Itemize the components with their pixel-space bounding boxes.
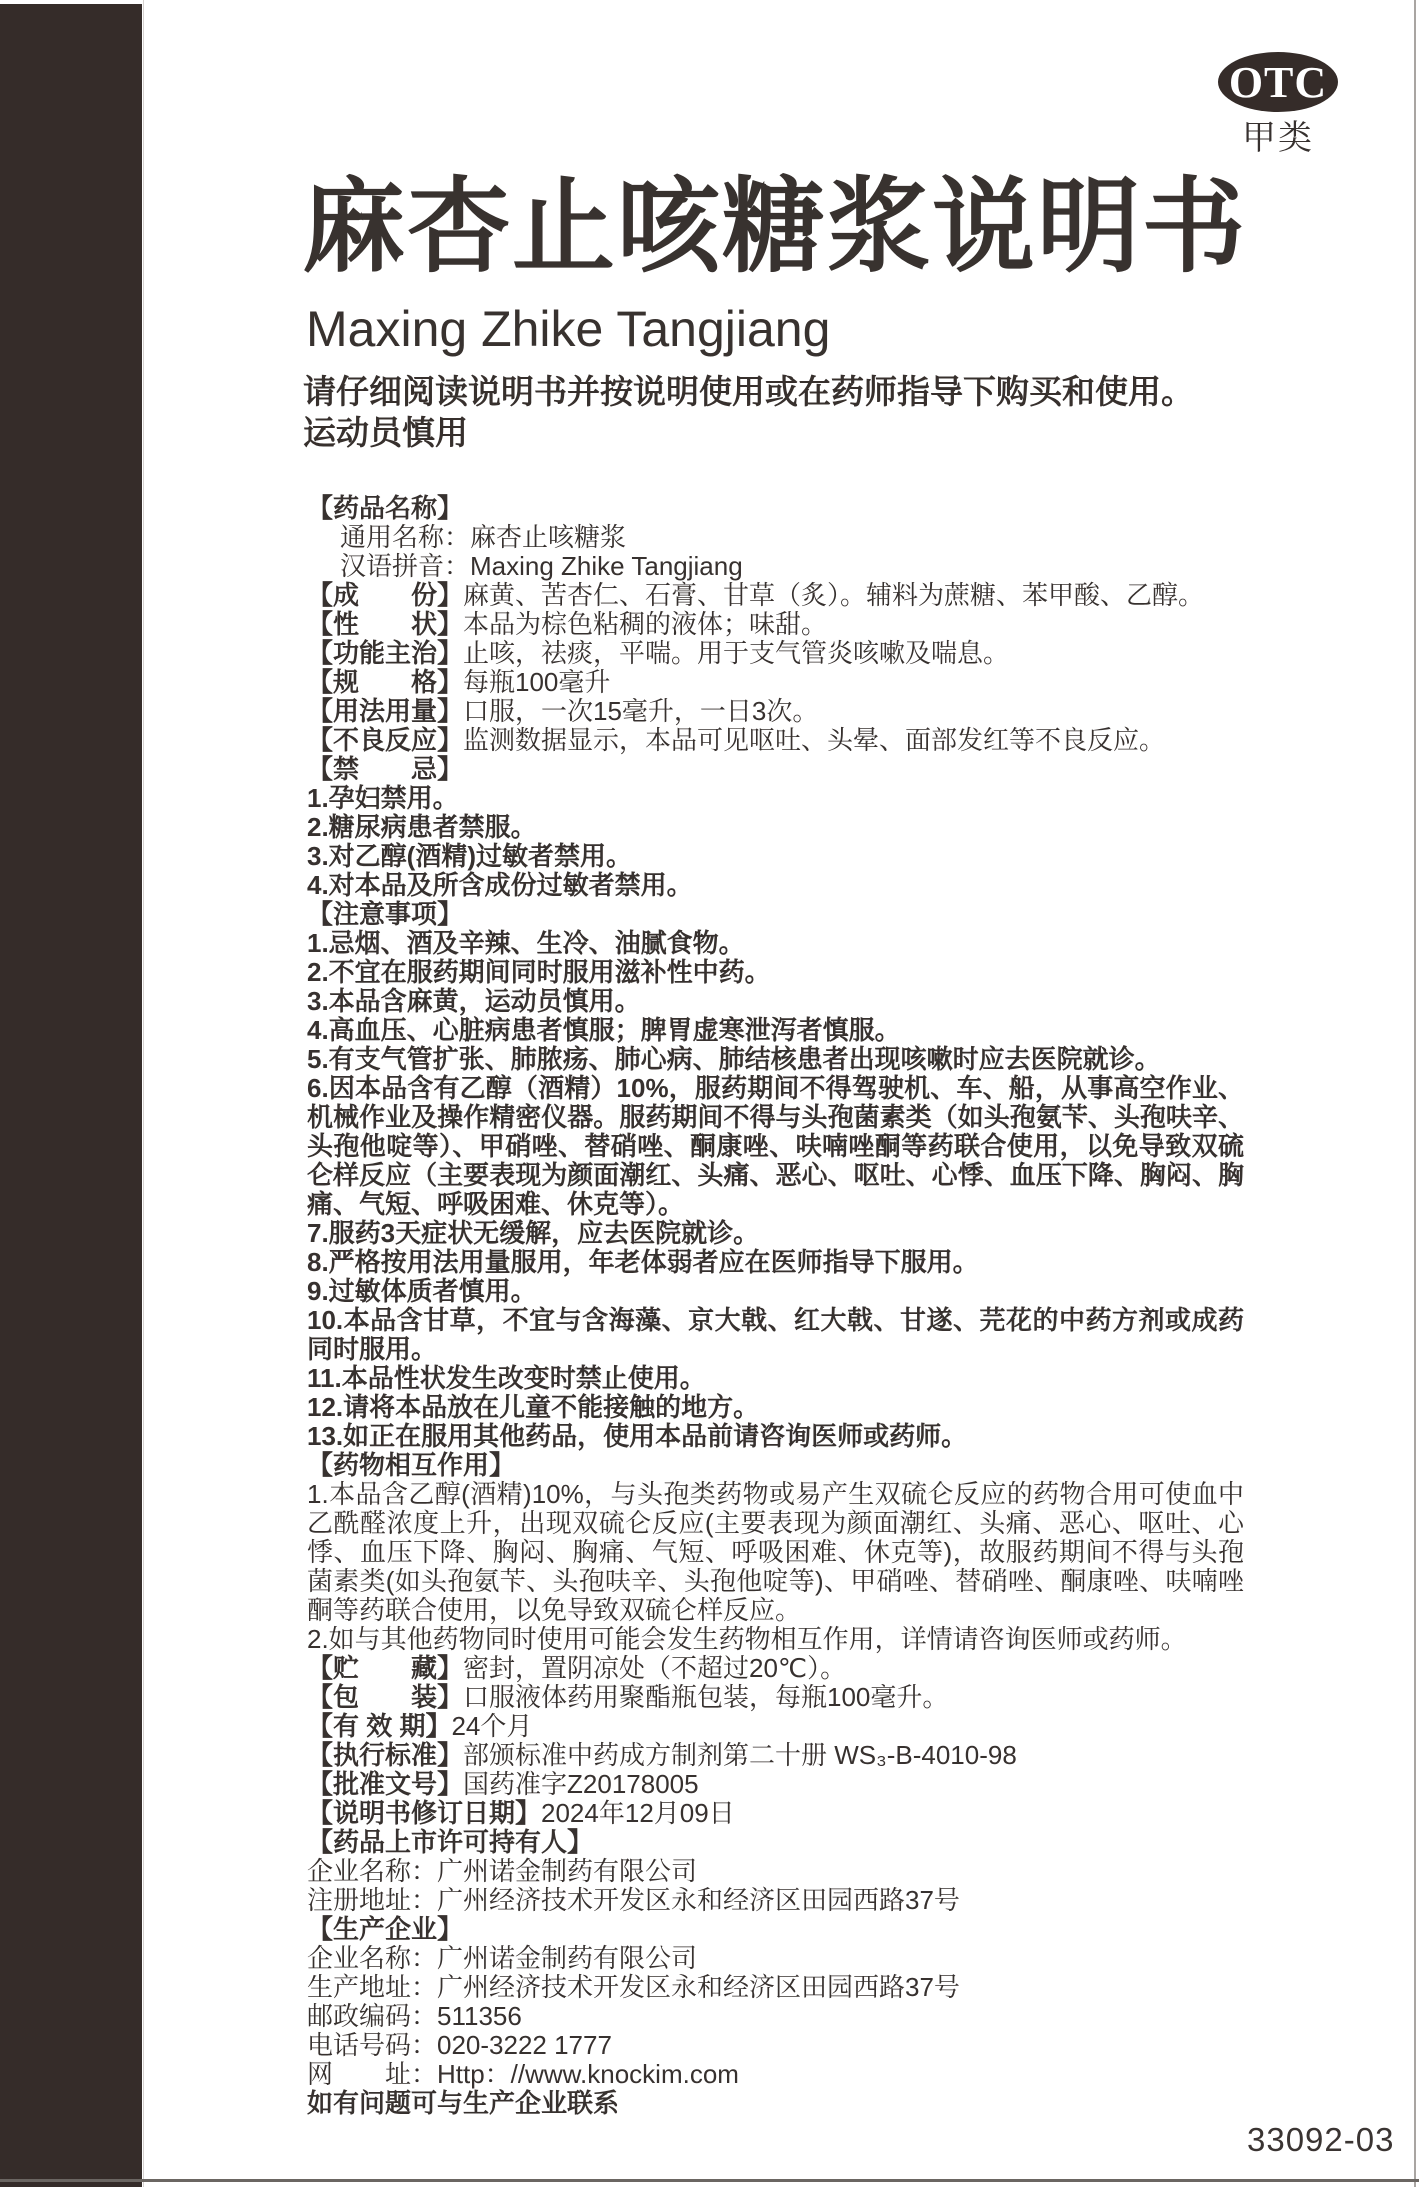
- section-label: 【药品名称】: [307, 493, 463, 523]
- body-line: 【规 格】每瓶100毫升: [307, 668, 1244, 697]
- section-label: 【性 状】: [307, 609, 463, 639]
- line-text: 2024年12月09日: [541, 1798, 735, 1828]
- body-line: 3.本品含麻黄，运动员慎用。: [307, 987, 1244, 1016]
- body-line: 2.如与其他药物同时使用可能会发生药物相互作用，详情请咨询医师或药师。: [307, 1625, 1244, 1654]
- line-text: 每瓶100毫升: [463, 667, 610, 697]
- otc-label: OTC: [1229, 59, 1327, 105]
- body-text: 【药品名称】通用名称：麻杏止咳糖浆汉语拼音：Maxing Zhike Tangj…: [307, 494, 1244, 2118]
- body-line: 12.请将本品放在儿童不能接触的地方。: [307, 1393, 1244, 1422]
- line-text: 2.不宜在服药期间同时服用滋补性中药。: [307, 957, 771, 987]
- section-label: 【生产企业】: [307, 1914, 463, 1944]
- line-text: 10.本品含甘草，不宜与含海藻、京大戟、红大戟、甘遂、芫花的中药方剂或成药同时服…: [307, 1305, 1244, 1364]
- line-text: 国药准字Z20178005: [463, 1769, 699, 1799]
- section-label: 【规 格】: [307, 667, 463, 697]
- body-line: 10.本品含甘草，不宜与含海藻、京大戟、红大戟、甘遂、芫花的中药方剂或成药同时服…: [307, 1306, 1244, 1364]
- section-label: 【用法用量】: [307, 696, 463, 726]
- body-line: 【禁 忌】: [307, 755, 1244, 784]
- page-title-pinyin: Maxing Zhike Tangjiang: [306, 300, 830, 358]
- body-line: 4.高血压、心脏病患者慎服；脾胃虚寒泄泻者慎服。: [307, 1016, 1244, 1045]
- line-text: 生产地址：广州经济技术开发区永和经济区田园西路37号: [307, 1972, 960, 2002]
- line-text: 5.有支气管扩张、肺脓疡、肺心病、肺结核患者出现咳嗽时应去医院就诊。: [307, 1044, 1161, 1074]
- line-text: 邮政编码：511356: [307, 2001, 522, 2031]
- line-text: 止咳，祛痰，平喘。用于支气管炎咳嗽及喘息。: [463, 638, 1009, 668]
- body-line: 【说明书修订日期】2024年12月09日: [307, 1799, 1244, 1828]
- section-label: 【批准文号】: [307, 1769, 463, 1799]
- body-line: 邮政编码：511356: [307, 2002, 1244, 2031]
- body-line: 【批准文号】国药准字Z20178005: [307, 1770, 1244, 1799]
- body-line: 注册地址：广州经济技术开发区永和经济区田园西路37号: [307, 1886, 1244, 1915]
- usage-notice-line: 运动员慎用: [303, 412, 1303, 453]
- section-label: 【执行标准】: [307, 1740, 463, 1770]
- body-line: 汉语拼音：Maxing Zhike Tangjiang: [307, 552, 1244, 581]
- print-code: 33092-03: [1247, 2121, 1394, 2159]
- line-text: 本品为棕色粘稠的液体；味甜。: [463, 609, 827, 639]
- body-line: 【成 份】麻黄、苦杏仁、石膏、甘草（炙）。辅料为蔗糖、苯甲酸、乙醇。: [307, 581, 1244, 610]
- left-dark-bar: [0, 4, 142, 2187]
- body-line: 2.糖尿病患者禁服。: [307, 813, 1244, 842]
- body-line: 【注意事项】: [307, 900, 1244, 929]
- section-label: 【不良反应】: [307, 725, 463, 755]
- line-text: 11.本品性状发生改变时禁止使用。: [307, 1363, 706, 1393]
- body-line: 7.服药3天症状无缓解，应去医院就诊。: [307, 1219, 1244, 1248]
- body-line: 【生产企业】: [307, 1915, 1244, 1944]
- body-line: 13.如正在服用其他药品，使用本品前请咨询医师或药师。: [307, 1422, 1244, 1451]
- page-left-edge-line: [143, 0, 144, 2187]
- body-line: 6.因本品含有乙醇（酒精）10%，服药期间不得驾驶机、车、船，从事高空作业、机械…: [307, 1074, 1244, 1219]
- body-line: 生产地址：广州经济技术开发区永和经济区田园西路37号: [307, 1973, 1244, 2002]
- line-text: 8.严格按用法用量服用，年老体弱者应在医师指导下服用。: [307, 1247, 979, 1277]
- body-line: 9.过敏体质者慎用。: [307, 1277, 1244, 1306]
- body-line: 【贮 藏】密封，置阴凉处（不超过20℃）。: [307, 1654, 1244, 1683]
- body-line: 【药品上市许可持有人】: [307, 1828, 1244, 1857]
- section-label: 【贮 藏】: [307, 1653, 463, 1683]
- section-label: 【药物相互作用】: [307, 1450, 515, 1480]
- section-label: 【包 装】: [307, 1682, 463, 1712]
- body-line: 2.不宜在服药期间同时服用滋补性中药。: [307, 958, 1244, 987]
- line-text: 麻黄、苦杏仁、石膏、甘草（炙）。辅料为蔗糖、苯甲酸、乙醇。: [463, 580, 1204, 610]
- line-text: 24个月: [451, 1711, 532, 1741]
- body-line: 【性 状】本品为棕色粘稠的液体；味甜。: [307, 610, 1244, 639]
- drug-leaflet-page: OTC 甲类 麻杏止咳糖浆说明书 Maxing Zhike Tangjiang …: [0, 0, 1419, 2187]
- line-text: 企业名称：广州诺金制药有限公司: [307, 1856, 697, 1886]
- line-text: 7.服药3天症状无缓解，应去医院就诊。: [307, 1218, 759, 1248]
- line-text: 如有问题可与生产企业联系: [307, 2088, 619, 2118]
- body-line: 企业名称：广州诺金制药有限公司: [307, 1857, 1244, 1886]
- line-text: 2.如与其他药物同时使用可能会发生药物相互作用，详情请咨询医师或药师。: [307, 1624, 1187, 1654]
- line-text: 4.对本品及所含成份过敏者禁用。: [307, 870, 693, 900]
- body-line: 【功能主治】止咳，祛痰，平喘。用于支气管炎咳嗽及喘息。: [307, 639, 1244, 668]
- usage-notice: 请仔细阅读说明书并按说明使用或在药师指导下购买和使用。 运动员慎用: [303, 371, 1303, 453]
- body-line: 电话号码：020-3222 1777: [307, 2031, 1244, 2060]
- body-line: 1.孕妇禁用。: [307, 784, 1244, 813]
- body-line: 网 址：Http：//www.knockim.com: [307, 2060, 1244, 2089]
- otc-badge: OTC: [1218, 52, 1338, 112]
- page-bottom-edge-line: [0, 2179, 1419, 2182]
- body-line: 5.有支气管扩张、肺脓疡、肺心病、肺结核患者出现咳嗽时应去医院就诊。: [307, 1045, 1244, 1074]
- body-line: 4.对本品及所含成份过敏者禁用。: [307, 871, 1244, 900]
- line-text: 1.本品含乙醇(酒精)10%，与头孢类药物或易产生双硫仑反应的药物合用可使血中乙…: [307, 1479, 1244, 1625]
- line-text: 6.因本品含有乙醇（酒精）10%，服药期间不得驾驶机、车、船，从事高空作业、机械…: [307, 1073, 1244, 1219]
- section-label: 【注意事项】: [307, 899, 463, 929]
- section-label: 【有 效 期】: [307, 1711, 451, 1741]
- section-label: 【功能主治】: [307, 638, 463, 668]
- body-line: 11.本品性状发生改变时禁止使用。: [307, 1364, 1244, 1393]
- line-text: 12.请将本品放在儿童不能接触的地方。: [307, 1392, 759, 1422]
- body-line: 通用名称：麻杏止咳糖浆: [307, 523, 1244, 552]
- line-text: 监测数据显示，本品可见呕吐、头晕、面部发红等不良反应。: [463, 725, 1165, 755]
- page-right-edge-line: [1414, 0, 1416, 2187]
- section-label: 【说明书修订日期】: [307, 1798, 541, 1828]
- body-line: 【不良反应】监测数据显示，本品可见呕吐、头晕、面部发红等不良反应。: [307, 726, 1244, 755]
- section-label: 【成 份】: [307, 580, 463, 610]
- body-line: 如有问题可与生产企业联系: [307, 2089, 1244, 2118]
- line-text: 电话号码：020-3222 1777: [307, 2030, 612, 2060]
- line-text: 汉语拼音：Maxing Zhike Tangjiang: [340, 551, 743, 581]
- line-text: 企业名称：广州诺金制药有限公司: [307, 1943, 697, 1973]
- line-text: 密封，置阴凉处（不超过20℃）。: [463, 1653, 846, 1683]
- section-label: 【药品上市许可持有人】: [307, 1827, 593, 1857]
- line-text: 4.高血压、心脏病患者慎服；脾胃虚寒泄泻者慎服。: [307, 1015, 901, 1045]
- page-title: 麻杏止咳糖浆说明书: [302, 168, 1352, 286]
- line-text: 网 址：Http：//www.knockim.com: [307, 2059, 739, 2089]
- body-line: 【药品名称】: [307, 494, 1244, 523]
- line-text: 口服，一次15毫升，一日3次。: [463, 696, 818, 726]
- body-line: 【药物相互作用】: [307, 1451, 1244, 1480]
- line-text: 注册地址：广州经济技术开发区永和经济区田园西路37号: [307, 1885, 960, 1915]
- body-line: 企业名称：广州诺金制药有限公司: [307, 1944, 1244, 1973]
- line-text: 1.孕妇禁用。: [307, 783, 459, 813]
- line-text: 2.糖尿病患者禁服。: [307, 812, 537, 842]
- line-text: 口服液体药用聚酯瓶包装，每瓶100毫升。: [463, 1682, 948, 1712]
- body-line: 1.忌烟、酒及辛辣、生冷、油腻食物。: [307, 929, 1244, 958]
- body-line: 【有 效 期】24个月: [307, 1712, 1244, 1741]
- line-text: 1.忌烟、酒及辛辣、生冷、油腻食物。: [307, 928, 745, 958]
- body-line: 【执行标准】部颁标准中药成方制剂第二十册 WS₃-B-4010-98: [307, 1741, 1244, 1770]
- line-text: 9.过敏体质者慎用。: [307, 1276, 537, 1306]
- line-text: 部颁标准中药成方制剂第二十册 WS₃-B-4010-98: [463, 1740, 1017, 1770]
- line-text: 通用名称：麻杏止咳糖浆: [340, 522, 626, 552]
- line-text: 3.本品含麻黄，运动员慎用。: [307, 986, 641, 1016]
- section-label: 【禁 忌】: [307, 754, 463, 784]
- line-text: 13.如正在服用其他药品，使用本品前请咨询医师或药师。: [307, 1421, 967, 1451]
- body-line: 3.对乙醇(酒精)过敏者禁用。: [307, 842, 1244, 871]
- body-line: 【包 装】口服液体药用聚酯瓶包装，每瓶100毫升。: [307, 1683, 1244, 1712]
- line-text: 3.对乙醇(酒精)过敏者禁用。: [307, 841, 632, 871]
- body-line: 【用法用量】口服，一次15毫升，一日3次。: [307, 697, 1244, 726]
- otc-class-label: 甲类: [1218, 110, 1338, 159]
- body-line: 1.本品含乙醇(酒精)10%，与头孢类药物或易产生双硫仑反应的药物合用可使血中乙…: [307, 1480, 1244, 1625]
- body-line: 8.严格按用法用量服用，年老体弱者应在医师指导下服用。: [307, 1248, 1244, 1277]
- usage-notice-line: 请仔细阅读说明书并按说明使用或在药师指导下购买和使用。: [303, 371, 1303, 412]
